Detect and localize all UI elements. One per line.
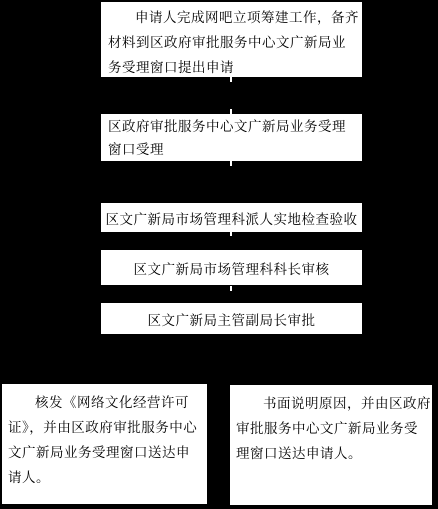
flow-step-submit-application: 申请人完成网吧立项筹建工作，备齐材料到区政府审批服务中心文广新局业务受理窗口提出… — [101, 2, 362, 77]
flow-outcome-rejected-written-explanation: 书面说明原因，并由区政府审批服务中心文广新局业务受理窗口送达申请人。 — [230, 385, 432, 505]
connector-tick — [230, 77, 232, 82]
connector-tick — [230, 286, 232, 291]
flow-outcome-approved-issue-license: 核发《网络文化经营许可证》，并由区政府审批服务中心文广新局业务受理窗口送达申请人… — [2, 384, 207, 504]
flow-step-window-acceptance: 区政府审批服务中心文广新局业务受理窗口受理 — [101, 114, 362, 161]
flow-step-section-chief-review: 区文广新局市场管理科科长审核 — [101, 250, 362, 285]
flow-step-deputy-director-approval: 区文广新局主管副局长审批 — [101, 303, 362, 334]
flow-step-onsite-inspection: 区文广新局市场管理科派人实地检查验收 — [101, 203, 362, 232]
connector-tick — [230, 161, 232, 166]
flowchart-canvas: 申请人完成网吧立项筹建工作，备齐材料到区政府审批服务中心文广新局业务受理窗口提出… — [0, 0, 438, 509]
connector-tick — [230, 231, 232, 236]
